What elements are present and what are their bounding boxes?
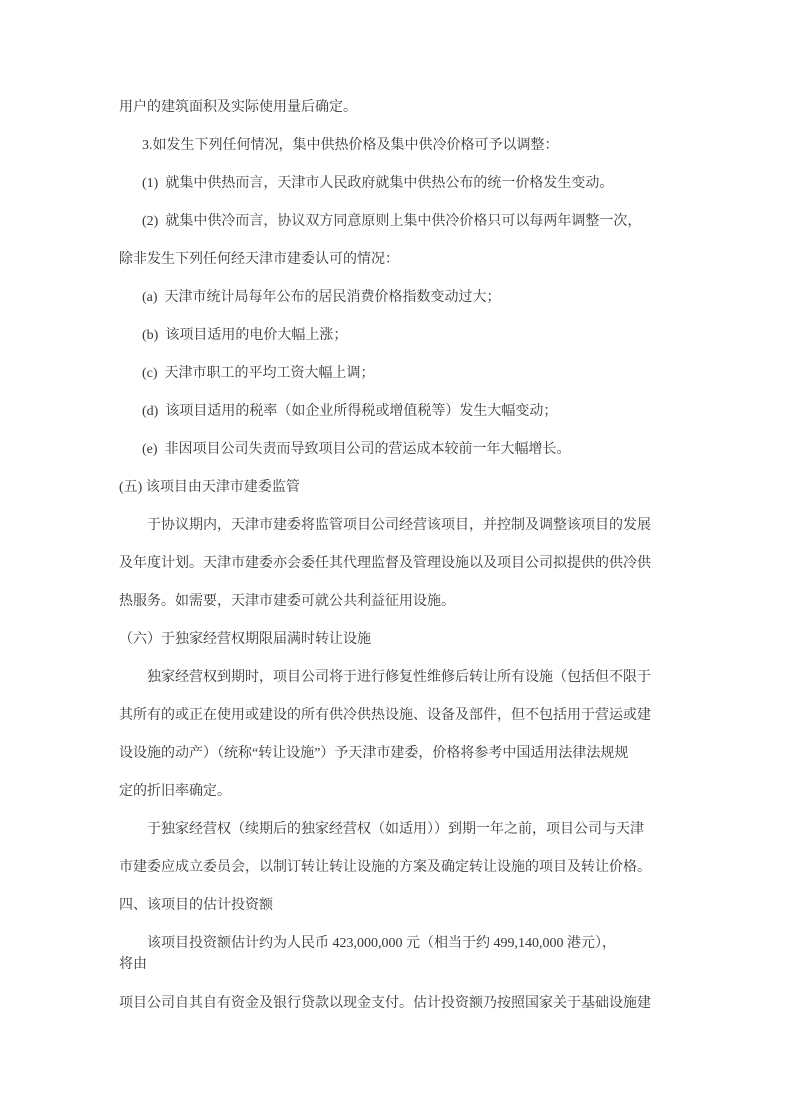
doc-line-15-section-heading: （六）于独家经营权期限届满时转让设施 xyxy=(119,621,719,659)
doc-line-02: 3.如发生下列任何情况，集中供热价格及集中供冷价格可予以调整： xyxy=(119,127,719,165)
doc-line-05: 除非发生下列任何经天津市建委认可的情况： xyxy=(119,241,719,279)
doc-line-20: 于独家经营权（续期后的独家经营权（如适用））到期一年之前，项目公司与天津 xyxy=(119,811,719,849)
doc-line-09: (d) 该项目适用的税率（如企业所得税或增值税等）发生大幅变动； xyxy=(119,393,719,431)
doc-line-12: 于协议期内，天津市建委将监管项目公司经营该项目，并控制及调整该项目的发展 xyxy=(119,507,719,545)
doc-line-17: 其所有的或正在使用或建设的所有供冷供热设施、设备及部件，但不包括用于营运或建 xyxy=(119,697,719,735)
doc-line-10: (e) 非因项目公司失责而导致项目公司的营运成本较前一年大幅增长。 xyxy=(119,431,719,469)
doc-line-04: (2) 就集中供冷而言，协议双方同意原则上集中供冷价格只可以每两年调整一次， xyxy=(119,203,719,241)
doc-line-16: 独家经营权到期时，项目公司将于进行修复性维修后转让所有设施（包括但不限于 xyxy=(119,659,719,697)
doc-line-21: 市建委应成立委员会，以制订转让转让设施的方案及确定转让设施的项目及转让价格。 xyxy=(119,849,719,887)
doc-line-11-section-heading: (五) 该项目由天津市建委监管 xyxy=(119,469,719,507)
document-content: 用户的建筑面积及实际使用量后确定。 3.如发生下列任何情况，集中供热价格及集中供… xyxy=(119,89,719,1023)
doc-line-06: (a) 天津市统计局每年公布的居民消费价格指数变动过大； xyxy=(119,279,719,317)
doc-line-07: (b) 该项目适用的电价大幅上涨； xyxy=(119,317,719,355)
doc-line-14: 热服务。如需要，天津市建委可就公共利益征用设施。 xyxy=(119,583,719,621)
doc-line-19: 定的折旧率确定。 xyxy=(119,773,719,811)
doc-line-01: 用户的建筑面积及实际使用量后确定。 xyxy=(119,89,719,127)
doc-line-03: (1) 就集中供热而言，天津市人民政府就集中供热公布的统一价格发生变动。 xyxy=(119,165,719,203)
doc-line-08: (c) 天津市职工的平均工资大幅上调； xyxy=(119,355,719,393)
doc-line-25: 项目公司自其自有资金及银行贷款以现金支付。估计投资额乃按照国家关于基础设施建 xyxy=(119,985,719,1023)
document-page: 用户的建筑面积及实际使用量后确定。 3.如发生下列任何情况，集中供热价格及集中供… xyxy=(0,0,792,1120)
doc-line-13: 及年度计划。天津市建委亦会委任其代理监督及管理设施以及项目公司拟提供的供冷供 xyxy=(119,545,719,583)
doc-line-22-section-heading: 四、该项目的估计投资额 xyxy=(119,887,719,925)
doc-line-18: 设设施的动产）（统称“转让设施”）予天津市建委，价格将参考中国适用法律法规规 xyxy=(119,735,719,773)
